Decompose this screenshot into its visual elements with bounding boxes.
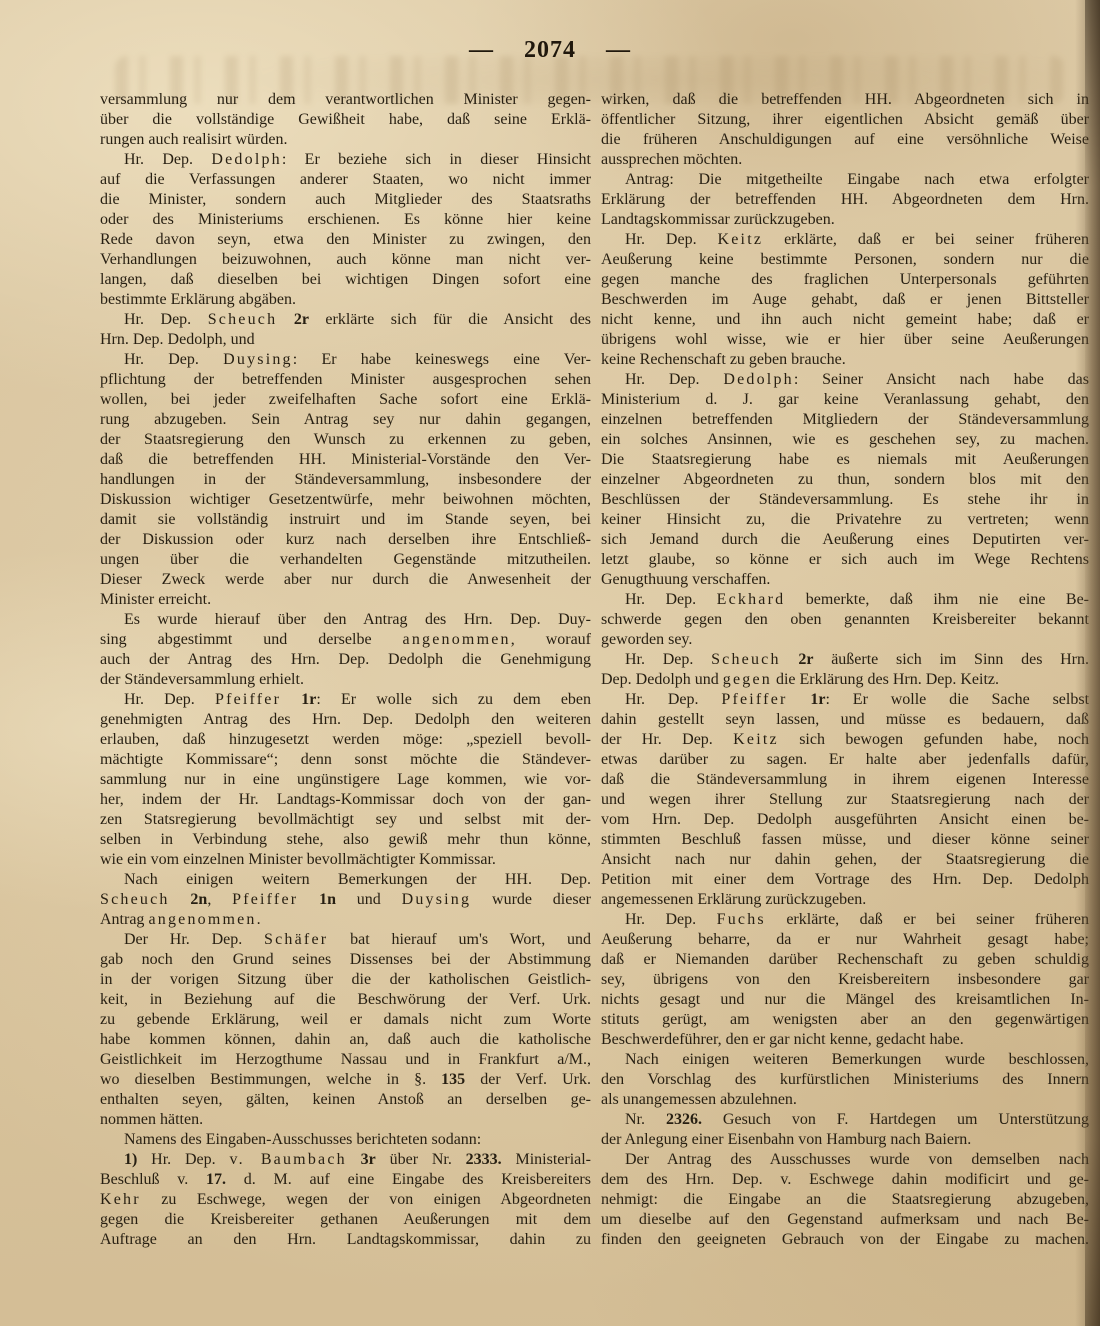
text-line: Nach einigen weitern Bemerkungen der HH.… [100,870,591,890]
text-line: habe kommen können, dahin an, daß auch d… [100,1030,591,1050]
text-line: Geistlichkeit im Herzogthume Nassau und … [100,1050,591,1070]
text-line: Kehr zu Eschwege, wegen der von einigen … [100,1190,591,1210]
text-line: finden den geeigneten Gebrauch von der E… [601,1230,1089,1250]
text-line: pflichtung der betreffenden Minister aus… [100,370,591,390]
text-line: Rede davon seyn, etwa den Minister zu zw… [100,230,591,250]
text-line: Hr. Dep. Pfeiffer 1r: Er wolle sich zu d… [100,690,591,710]
text-line: keine Rechenschaft zu geben brauche. [601,350,1089,370]
text-line: Nach einigen weiteren Bemerkungen wurde … [601,1050,1089,1070]
text-line: gegen manche des fraglichen Unterpersona… [601,270,1089,290]
text-line: sey, übrigens von den Kreisbereitern ins… [601,970,1089,990]
text-line: der Staatsregierung den Wunsch zu erkenn… [100,430,591,450]
text-line: angemessenen Erklärung zurückzugeben. [601,890,1089,910]
text-line: mächtigte Kommissare“; denn sonst möchte… [100,750,591,770]
text-line: Erklärung der betreffenden HH. Abgeordne… [601,190,1089,210]
text-line: und wegen ihrer Stellung zur Staatsregie… [601,790,1089,810]
page-header: — 2074 — [0,34,1100,66]
text-line: der Diskussion oder kurz nach derselben … [100,530,591,550]
text-line: auf die Verfassungen anderer Staaten, wo… [100,170,591,190]
text-line: Petition mit einer dem Vortrage des Hrn.… [601,870,1089,890]
text-line: Aeußerung beharre, da er nur Wahrheit ge… [601,930,1089,950]
text-line: ungen über die verhandelten Gegenstände … [100,550,591,570]
text-line: um dieselbe auf den Gegenstand aufmerksa… [601,1210,1089,1230]
text-column-left: versammlung nur dem verantwortlichen Min… [100,90,591,1250]
text-line: sammlung nur in eine ungünstigere Lage k… [100,770,591,790]
text-line: einzelner Abgeordneten zu thun, sondern … [601,470,1089,490]
text-line: ein solches Ansinnen, wie es geschehen s… [601,430,1089,450]
text-line: daß er Niemanden darüber Rechenschaft zu… [601,950,1089,970]
text-line: Scheuch 2n, Pfeiffer 1n und Duysing wurd… [100,890,591,910]
text-line: Minister erreicht. [100,590,591,610]
text-line: handlungen in der Ständeversammlung, ins… [100,470,591,490]
text-line: Der Antrag des Ausschusses wurde von dem… [601,1150,1089,1170]
text-line: Namens des Eingaben-Ausschusses berichte… [100,1130,591,1150]
text-line: der Ständeversammlung erhielt. [100,670,591,690]
text-line: daß die Ständeversammlung in ihrem eigen… [601,770,1089,790]
text-line: Genugthuung verschaffen. [601,570,1089,590]
text-line: wollen, bei jeder zweifelhaften Sache so… [100,390,591,410]
text-line: Hr. Dep. Scheuch 2r erklärte sich für di… [100,310,591,330]
text-line: Beschwerden im Auge gehabt, daß er jenen… [601,290,1089,310]
text-line: keiner Hinsicht zu, die Privatehre zu ve… [601,510,1089,530]
text-line: Ansicht nach nur dahin gehen, der Staats… [601,850,1089,870]
text-line: selben in Verbindung stehe, also gewiß m… [100,830,591,850]
text-line: zu gebende Erklärung, weil er damals nic… [100,1010,591,1030]
text-line: aussprechen möchten. [601,150,1089,170]
text-line: Hr. Dep. Pfeiffer 1r: Er wolle die Sache… [601,690,1089,710]
text-line: letzt glaube, so könne er sich auch im W… [601,550,1089,570]
text-line: enthalten seyen, gälten, keinen Anstoß a… [100,1090,591,1110]
text-line: sich Jemand durch die Aeußerung eines De… [601,530,1089,550]
text-line: versammlung nur dem verantwortlichen Min… [100,90,591,110]
text-line: 1) Hr. Dep. v. Baumbach 3r über Nr. 2333… [100,1150,591,1170]
text-line: Landtagskommissar zurückzugeben. [601,210,1089,230]
text-line: Dep. Dedolph und gegen die Erklärung des… [601,670,1089,690]
text-line: Hr. Dep. Eckhard bemerkte, daß ihm nie e… [601,590,1089,610]
text-line: Auftrage an den Hrn. Landtagskommissar, … [100,1230,591,1250]
text-line: Die Staatsregierung habe es niemals mit … [601,450,1089,470]
text-line: Diskussion wichtiger Gesetzentwürfe, meh… [100,490,591,510]
text-line: Antrag: Die mitgetheilte Eingabe nach et… [601,170,1089,190]
text-line: Hr. Dep. Dedolph: Seiner Ansicht nach ha… [601,370,1089,390]
header-dash-right: — [606,37,631,64]
text-line: nehmigt: die Eingabe an die Staatsregier… [601,1190,1089,1210]
text-line: erlauben, daß hinzugesetzt werden möge: … [100,730,591,750]
text-line: nicht kenne, und ihn auch nicht gemeint … [601,310,1089,330]
text-line: Ministerium d. J. gar keine Veranlassung… [601,390,1089,410]
text-line: dahin gestellt seyn lassen, und müsse es… [601,710,1089,730]
text-line: Beschluß v. 17. d. M. auf eine Eingabe d… [100,1170,591,1190]
text-line: den Vorschlag des kurfürstlichen Ministe… [601,1070,1089,1090]
text-line: Der Hr. Dep. Schäfer bat hierauf um's Wo… [100,930,591,950]
text-line: daß die betreffenden HH. Ministerial-Vor… [100,450,591,470]
text-column-right: wirken, daß die betreffenden HH. Abgeord… [601,90,1089,1250]
text-line: damit sie vollständig instruirt und im S… [100,510,591,530]
text-line: über die vollständige Gewißheit habe, da… [100,110,591,130]
text-line: Es wurde hierauf über den Antrag des Hrn… [100,610,591,630]
text-line: Antrag angenommen. [100,910,591,930]
text-line: wie ein vom einzelnen Minister bevollmäc… [100,850,591,870]
text-line: sing abgestimmt und derselbe angenommen,… [100,630,591,650]
text-line: dem des Hrn. Dep. v. Eschwege dahin modi… [601,1170,1089,1190]
page-number: 2074 [524,37,576,64]
text-line: her, indem der Hr. Landtags-Kommissar do… [100,790,591,810]
text-line: Hr. Dep. Fuchs erklärte, daß er bei sein… [601,910,1089,930]
text-line: bestimmte Erklärung abgäben. [100,290,591,310]
text-line: rung abzugeben. Sein Antrag sey nur dahi… [100,410,591,430]
text-line: stituts gerügt, am wenigsten aber an den… [601,1010,1089,1030]
text-line: in der vorigen Sitzung über die der kath… [100,970,591,990]
text-line: der Hr. Dep. Keitz sich bewogen gefunden… [601,730,1089,750]
header-dash-left: — [469,37,494,64]
text-line: etwas darüber zu sagen. Er halte aber je… [601,750,1089,770]
text-line: Hrn. Dep. Dedolph, und [100,330,591,350]
text-line: zen Statsregierung bevollmächtigt sey un… [100,810,591,830]
text-line: Nr. 2326. Gesuch von F. Hartdegen um Unt… [601,1110,1089,1130]
text-line: die früheren Anschuldigungen auf eine ve… [601,130,1089,150]
text-line: geworden sey. [601,630,1089,650]
text-line: einzelnen betreffenden Mitgliedern der S… [601,410,1089,430]
scanned-document-page: — 2074 — versammlung nur dem verantwortl… [0,0,1100,1326]
text-line: langen, daß dieselben bei wichtigen Ding… [100,270,591,290]
text-line: Beschwerdeführer, den er gar nicht kenne… [601,1030,1089,1050]
text-line: auch der Antrag des Hrn. Dep. Dedolph di… [100,650,591,670]
text-line: nommen hätten. [100,1110,591,1130]
text-line: gegen die Kreisbereiter gethanen Aeußeru… [100,1210,591,1230]
page-edge-shadow [1085,0,1100,1326]
text-line: gab noch den Grund seines Dissenses bei … [100,950,591,970]
text-line: übrigens wohl wisse, wie er hier über se… [601,330,1089,350]
text-line: Hr. Dep. Scheuch 2r äußerte sich im Sinn… [601,650,1089,670]
text-line: keit, in Beziehung auf die Beschwörung d… [100,990,591,1010]
text-line: Hr. Dep. Duysing: Er habe keineswegs ein… [100,350,591,370]
text-line: Hr. Dep. Dedolph: Er beziehe sich in die… [100,150,591,170]
text-line: vom Hrn. Dep. Dedolph ausgeführten Ansic… [601,810,1089,830]
text-line: nichts gesagt und nur die Mängel des kre… [601,990,1089,1010]
text-line: Dieser Zweck werde aber nur durch die An… [100,570,591,590]
text-line: der Anlegung einer Eisenbahn von Hamburg… [601,1130,1089,1150]
text-line: als unangemessen abzulehnen. [601,1090,1089,1110]
text-line: schwerde gegen den oben genannten Kreisb… [601,610,1089,630]
text-line: wirken, daß die betreffenden HH. Abgeord… [601,90,1089,110]
text-line: Verhandlungen beizuwohnen, auch könne ma… [100,250,591,270]
text-line: wo dieselben Bestimmungen, welche in §. … [100,1070,591,1090]
text-line: öffentlicher Sitzung, ihrer eigentlichen… [601,110,1089,130]
text-line: Aeußerung keine bestimmte Personen, sond… [601,250,1089,270]
text-line: genehmigten Antrag des Hrn. Dep. Dedolph… [100,710,591,730]
text-line: rungen auch realisirt würden. [100,130,591,150]
text-line: Hr. Dep. Keitz erklärte, daß er bei sein… [601,230,1089,250]
text-line: die Minister, sondern auch Mitglieder de… [100,190,591,210]
text-line: oder des Ministeriums erschienen. Es kön… [100,210,591,230]
text-line: Beschlüssen der Ständeversammlung. Es st… [601,490,1089,510]
text-line: stimmten Beschluß fassen müsse, und dies… [601,830,1089,850]
